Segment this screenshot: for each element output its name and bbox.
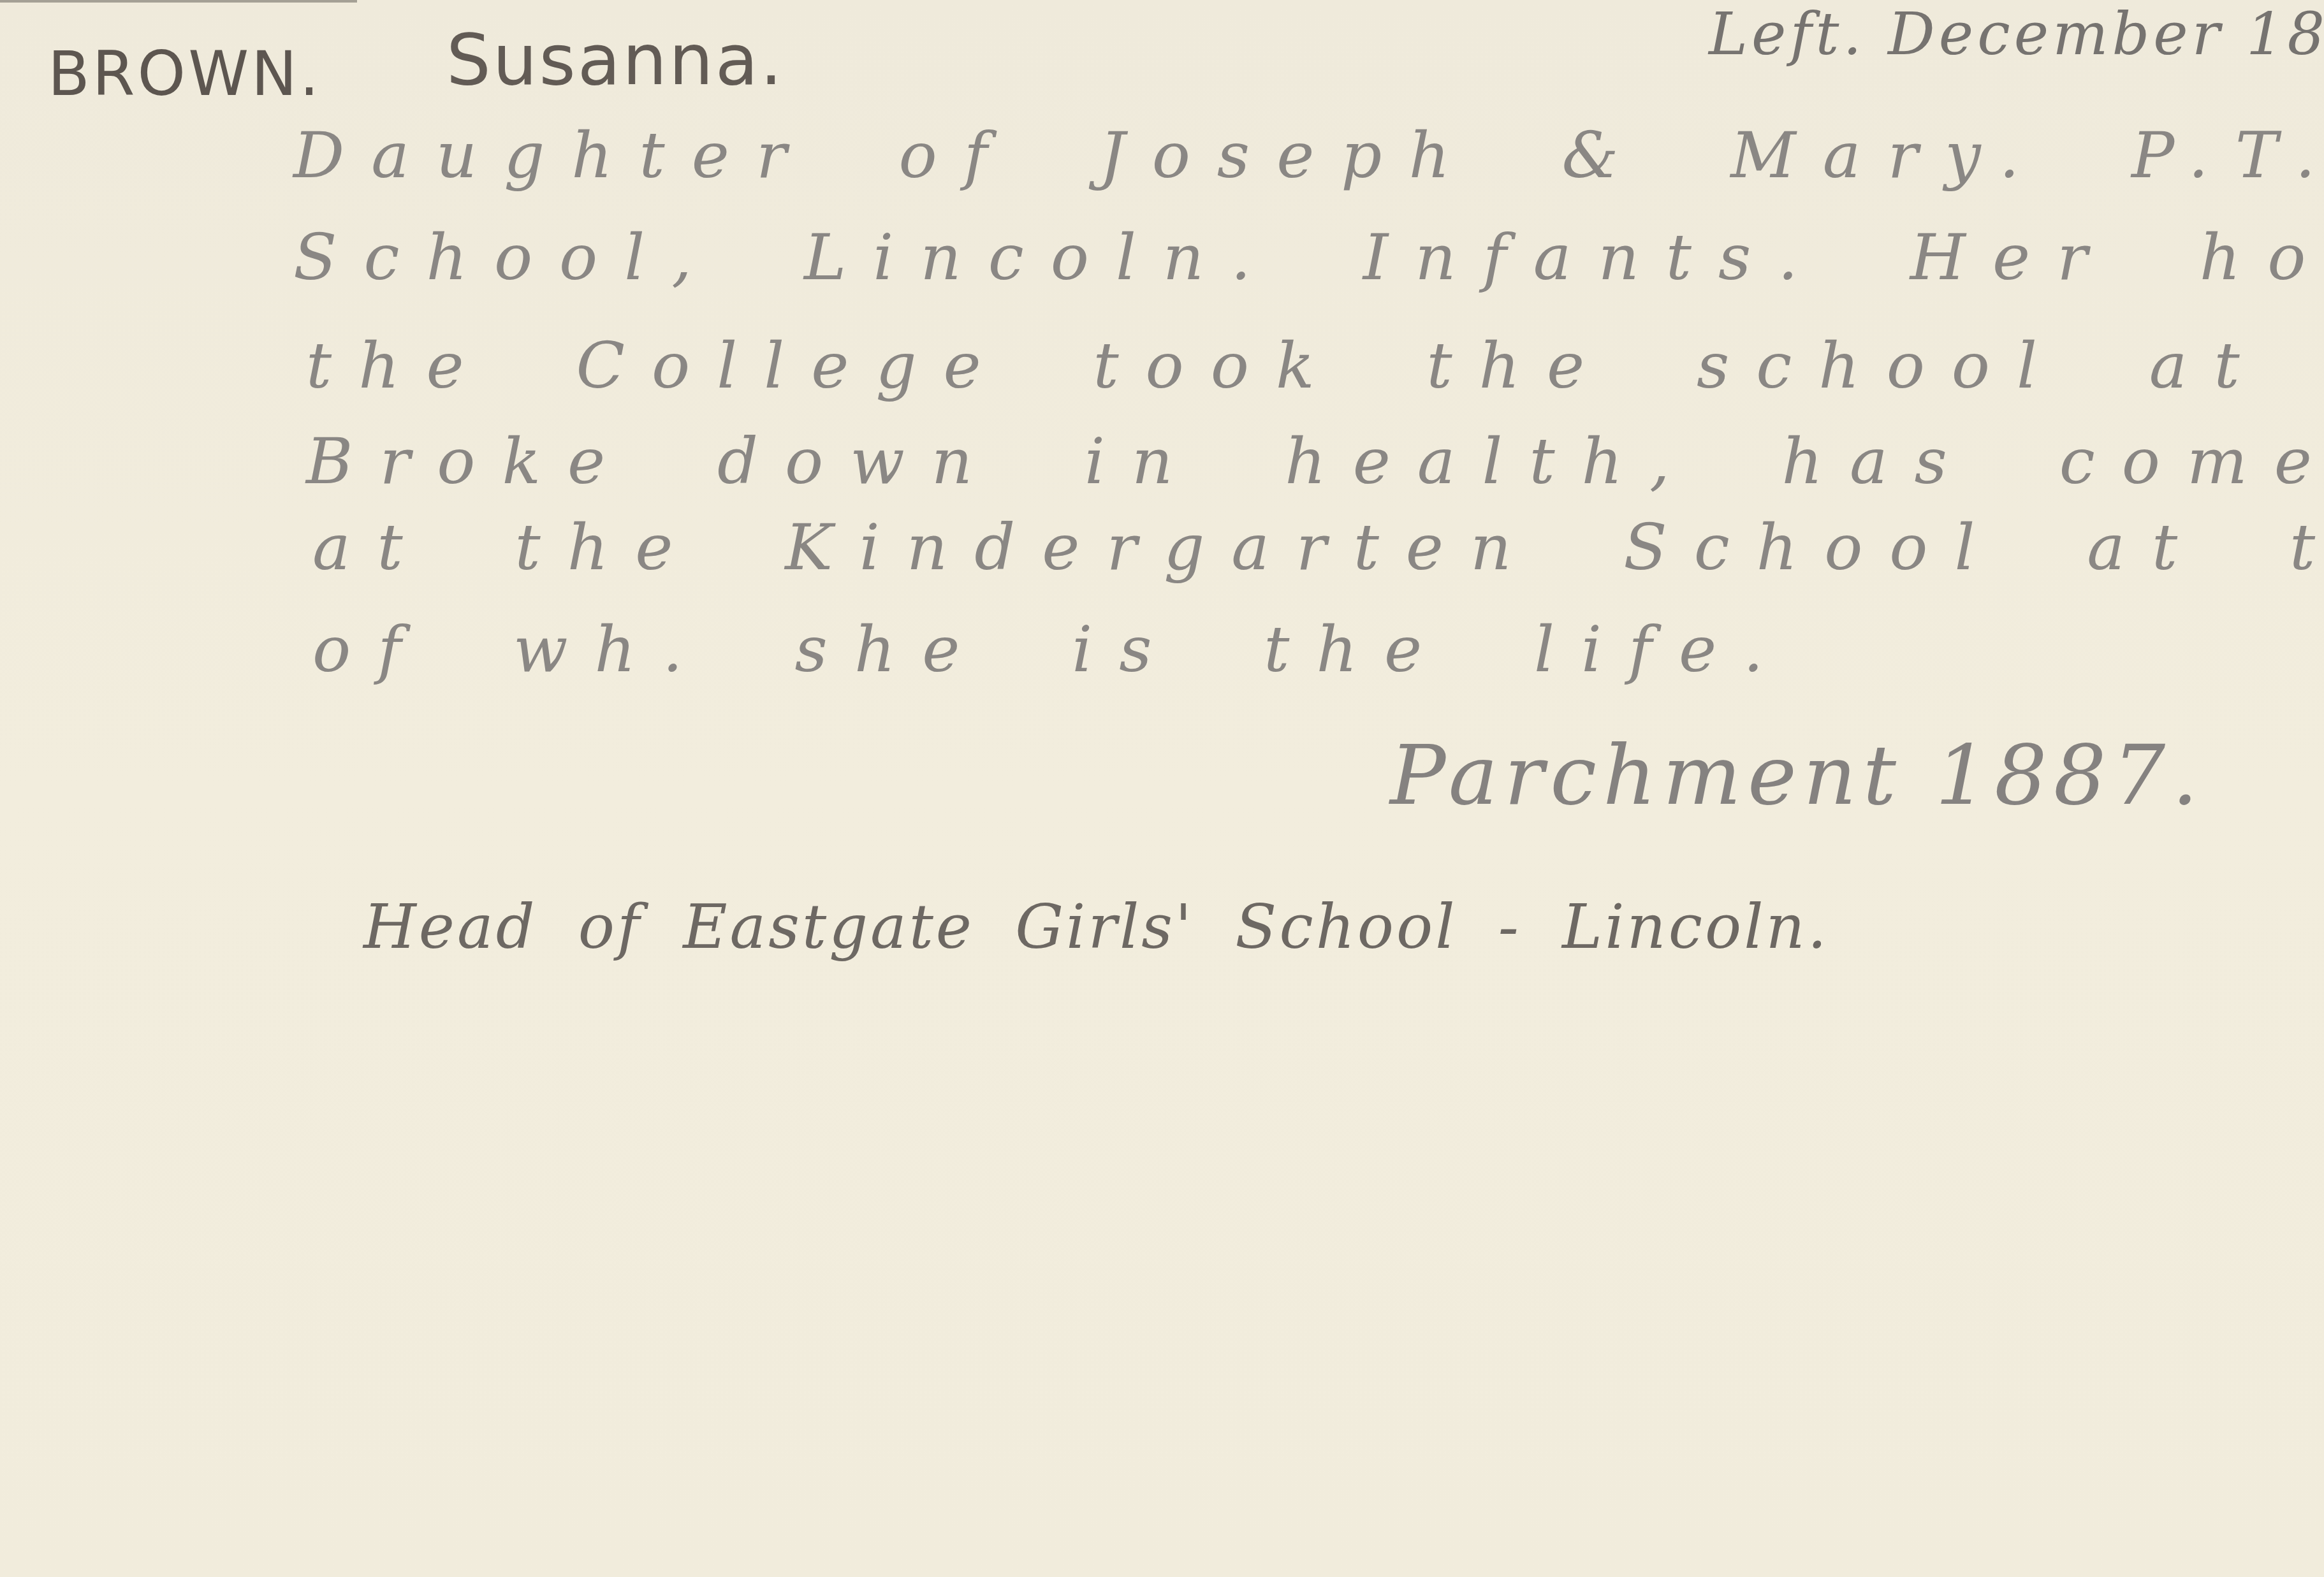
surname: BROWN. — [48, 38, 321, 110]
body-line-4: Broke down in health, has come to assist — [306, 424, 2324, 498]
body-line-1: Daughter of Joseph & Mary. P.T. in the P… — [293, 118, 2324, 193]
later-career-note: Head of Eastgate Girls' School - Lincoln… — [363, 892, 1829, 963]
card-top-edge — [0, 0, 357, 3]
body-line-5: at the Kindergarten School at the Priory — [312, 510, 2324, 585]
body-line-2: School, Lincoln. Infants. Her home close… — [293, 220, 2324, 294]
body-line-3: the College took the school at Perlethor… — [306, 328, 2324, 403]
parchment-note: Parchment 1887. — [1390, 727, 2204, 824]
body-line-6: of wh. she is the life. — [312, 612, 1790, 687]
record-card: BROWN. Susanna. Left. December 1882. Dau… — [0, 0, 2324, 1577]
left-date: Left. December 1882. — [1709, 0, 2324, 68]
forename: Susanna. — [446, 19, 784, 101]
